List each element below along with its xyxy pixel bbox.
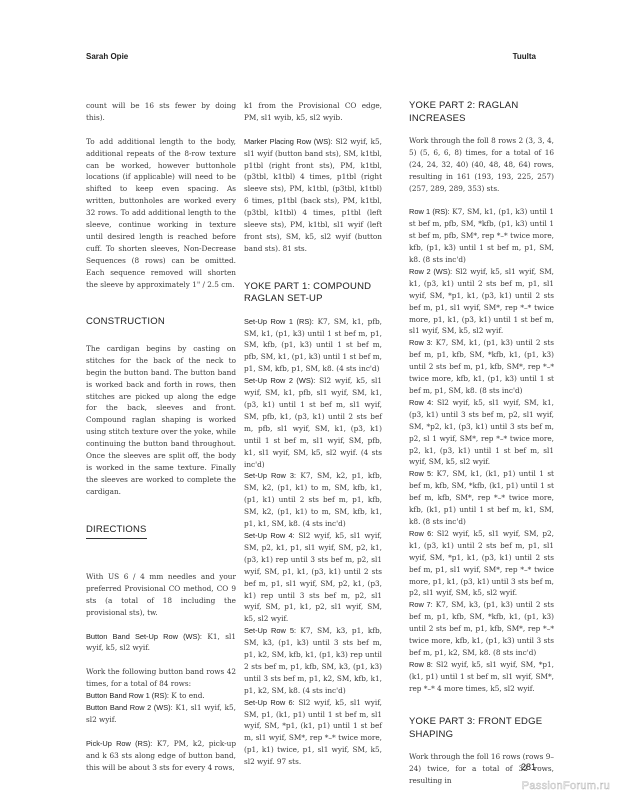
row-label: Set-Up Row 1 (RS): [244, 317, 314, 326]
instruction-row: Row 7: K7, SM, k3, (p1, k3) until 2 sts … [409, 599, 554, 659]
instruction-row: Marker Placing Row (WS): Sl2 wyif, k5, s… [244, 136, 382, 255]
row-label: Marker Placing Row (WS): [244, 137, 333, 146]
section-heading-yoke-part-1: YOKE PART 1: COMPOUND RAGLAN SET-UP [244, 281, 382, 306]
instruction-row: Set-Up Row 2 (WS): Sl2 wyif, k5, sl1 wyi… [244, 375, 382, 470]
section-heading-yoke-part-3: YOKE PART 3: FRONT EDGE SHAPING [409, 716, 554, 741]
instruction-row: Set-Up Row 4: Sl2 wyif, k5, sl1 wyif, SM… [244, 530, 382, 625]
instruction-row: Button Band Row 1 (RS): K to end. [86, 690, 236, 702]
section-heading-construction: CONSTRUCTION [86, 316, 236, 329]
section-heading-yoke-part-2: YOKE PART 2: RAGLAN INCREASES [409, 100, 554, 125]
row-label: Row 2 (WS): [409, 267, 452, 276]
row-label: Pick-Up Row (RS): [86, 739, 152, 748]
instruction-row: Set-Up Row 5: K7, SM, k3, p1, kfb, SM, k… [244, 625, 382, 696]
paragraph: To add additional length to the body, ad… [86, 136, 236, 291]
column-3: YOKE PART 2: RAGLAN INCREASES Work throu… [409, 100, 554, 799]
column-1: count will be 16 sts fewer by doing this… [86, 100, 236, 785]
section-heading-directions: DIRECTIONS [86, 524, 147, 540]
page-number: 281 [521, 762, 536, 772]
paragraph: With US 6 / 4 mm needles and your prefer… [86, 571, 236, 619]
instruction-row: Row 2 (WS): Sl2 wyif, k5, sl1 wyif, SM, … [409, 266, 554, 337]
instruction-row: Row 1 (RS): K7, SM, k1, (p1, k3) until 1… [409, 206, 554, 266]
paragraph: Work the following button band rows 42 t… [86, 666, 236, 690]
instruction-row: Row 4: Sl2 wyif, k5, sl1 wyif, SM, k1, (… [409, 397, 554, 468]
row-label: Row 4: [409, 398, 433, 407]
row-label: Button Band Row 1 (RS): [86, 691, 169, 700]
row-label: Set-Up Row 5: [244, 626, 296, 635]
row-label: Row 3: [409, 338, 433, 347]
row-label: Row 7: [409, 600, 433, 609]
row-label: Set-Up Row 3: [244, 471, 296, 480]
row-label: Button Band Set-Up Row (WS): [86, 632, 202, 641]
row-label: Row 1 (RS): [409, 207, 450, 216]
paragraph: The cardigan begins by casting on stitch… [86, 343, 236, 498]
watermark: PassionForum.ru [522, 780, 610, 792]
column-2: k1 from the Provisional CO edge, PM, sl1… [244, 100, 382, 768]
row-label: Button Band Row 2 (WS): [86, 703, 173, 712]
instruction-row: Set-Up Row 3: K7, SM, k2, p1, kfb, SM, k… [244, 470, 382, 530]
instruction-row: Row 6: Sl2 wyif, k5, sl1 wyif, SM, p2, k… [409, 528, 554, 599]
instruction-row: Pick-Up Row (RS): K7, PM, k2, pick-up an… [86, 738, 236, 774]
paragraph: Work through the foll 8 rows 2 (3, 3, 4,… [409, 135, 554, 195]
instruction-row: Button Band Set-Up Row (WS): K1, sl1 wyi… [86, 631, 236, 655]
row-label: Set-Up Row 6: [244, 698, 295, 707]
paragraph: count will be 16 sts fewer by doing this… [86, 100, 236, 124]
row-label: Row 5: [409, 469, 433, 478]
pattern-name: Tuulta [513, 52, 536, 61]
row-label: Set-Up Row 4: [244, 531, 295, 540]
instruction-row: Button Band Row 2 (WS): K1, sl1 wyif, k5… [86, 702, 236, 726]
row-label: Row 6: [409, 529, 433, 538]
paragraph: k1 from the Provisional CO edge, PM, sl1… [244, 100, 382, 124]
instruction-row: Set-Up Row 6: Sl2 wyif, k5, sl1 wyif, SM… [244, 697, 382, 768]
instruction-row: Row 5: K7, SM, k1, (k1, p1) until 1 st b… [409, 468, 554, 528]
instruction-row: Row 8: Sl2 wyif, k5, sl1 wyif, SM, *p1, … [409, 659, 554, 695]
row-label: Set-Up Row 2 (WS): [244, 376, 315, 385]
instruction-row: Set-Up Row 1 (RS): K7, SM, k1, pfb, SM, … [244, 316, 382, 376]
author-name: Sarah Opie [86, 52, 128, 61]
row-label: Row 8: [409, 660, 433, 669]
instruction-row: Row 3: K7, SM, k1, (p1, k3) until 2 sts … [409, 337, 554, 397]
